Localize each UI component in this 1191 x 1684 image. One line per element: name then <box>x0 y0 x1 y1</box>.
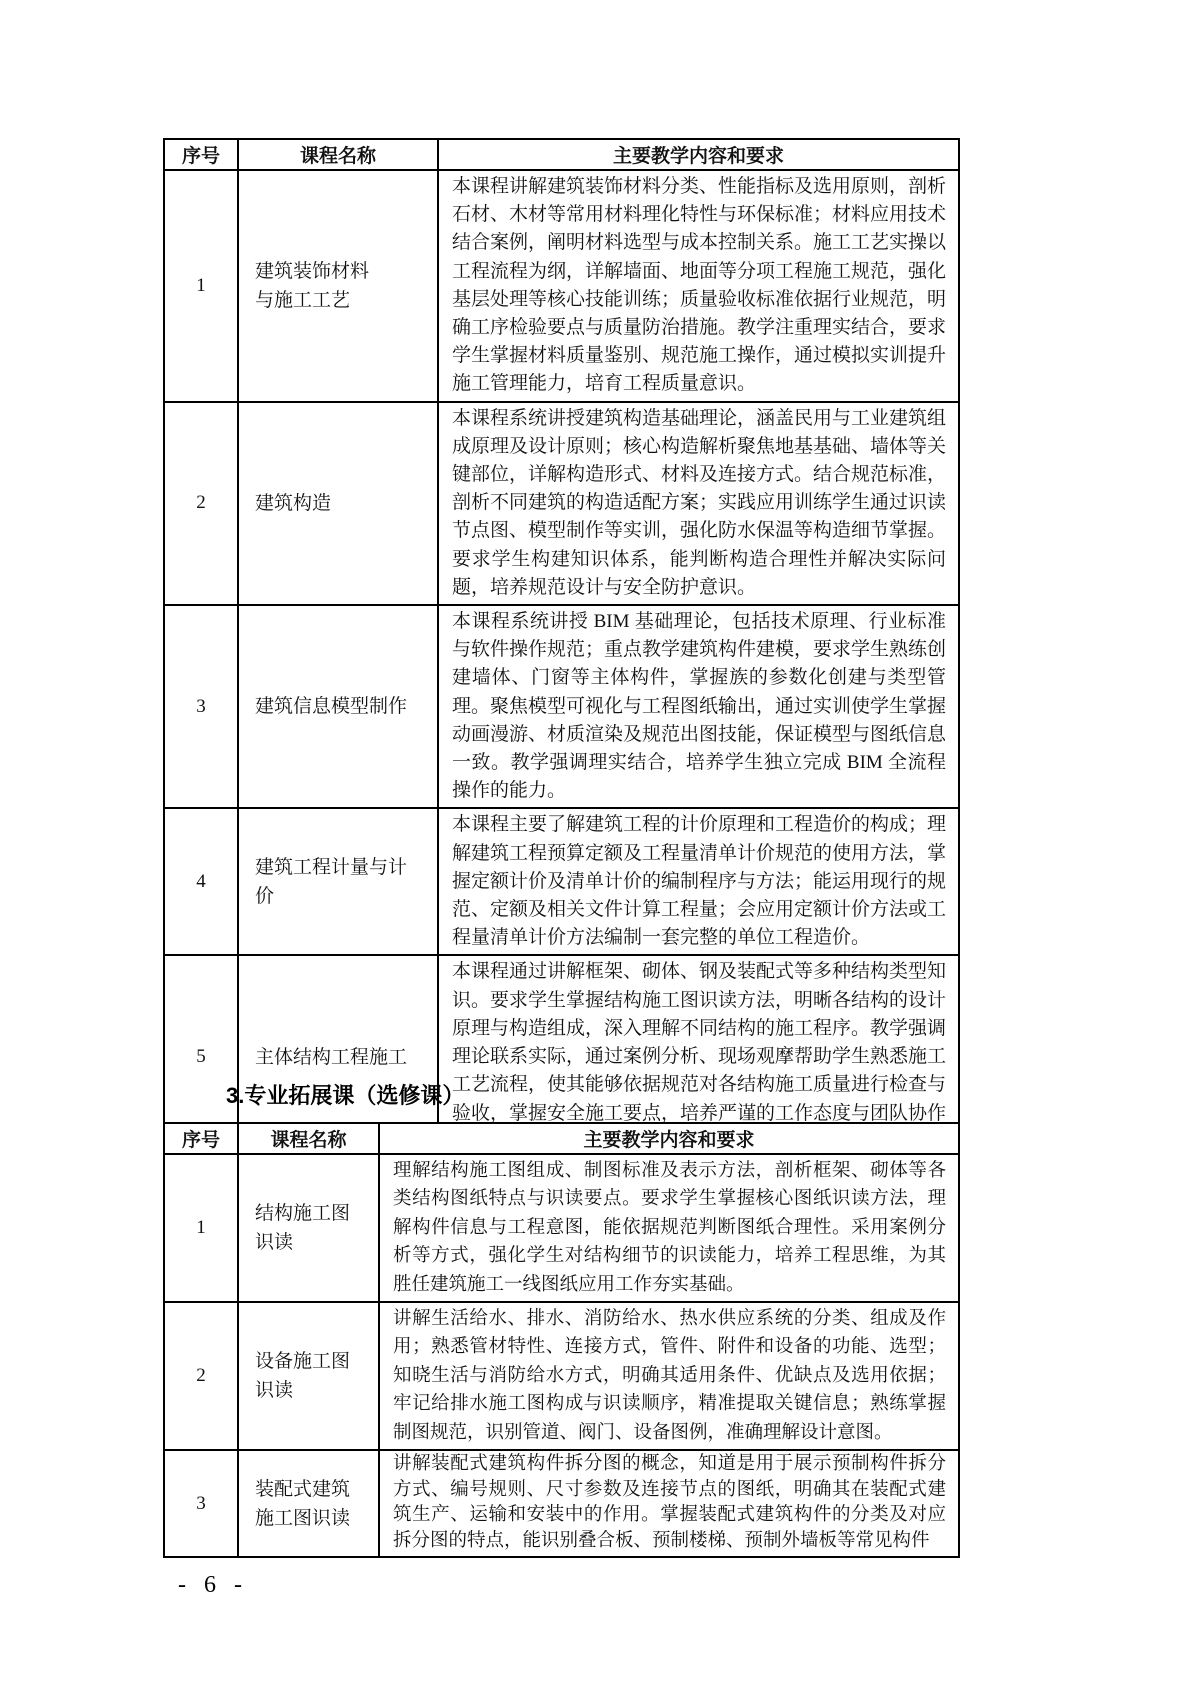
table-row: 1 建筑装饰材料 与施工工艺 本课程讲解建筑装饰材料分类、性能指标及选用原则，剖… <box>164 170 959 402</box>
course-name: 建筑信息模型制作 <box>238 605 438 808</box>
header-course-name: 课程名称 <box>238 1123 379 1154</box>
table-row: 2 设备施工图 识读 讲解生活给水、排水、消防给水、热水供应系统的分类、组成及作… <box>164 1302 959 1450</box>
table-row: 1 结构施工图 识读 理解结构施工图组成、制图标准及表示方法，剖析框架、砌体等各… <box>164 1154 959 1302</box>
course-content: 讲解生活给水、排水、消防给水、热水供应系统的分类、组成及作用；熟悉管材特性、连接… <box>379 1302 959 1450</box>
course-content: 讲解装配式建筑构件拆分图的概念，知道是用于展示预制构件拆分方式、编号规则、尺寸参… <box>379 1450 959 1557</box>
page-number: - 6 - <box>178 1572 248 1599</box>
course-name: 建筑工程计量与计 价 <box>238 808 438 955</box>
row-no: 1 <box>164 170 238 402</box>
row-no: 2 <box>164 402 238 605</box>
section-heading: 3.专业拓展课（选修课） <box>226 1083 464 1109</box>
table-row: 2 建筑构造 本课程系统讲授建筑构造基础理论，涵盖民用与工业建筑组成原理及设计原… <box>164 402 959 605</box>
header-no: 序号 <box>164 139 238 170</box>
course-content: 本课程主要了解建筑工程的计价原理和工程造价的构成；理解建筑工程预算定额及工程量清… <box>438 808 959 955</box>
course-name: 建筑装饰材料 与施工工艺 <box>238 170 438 402</box>
table-header-row: 序号 课程名称 主要教学内容和要求 <box>164 139 959 170</box>
table-row: 3 装配式建筑 施工图识读 讲解装配式建筑构件拆分图的概念，知道是用于展示预制构… <box>164 1450 959 1557</box>
row-no: 2 <box>164 1302 238 1450</box>
row-no: 1 <box>164 1154 238 1302</box>
course-content: 本课程讲解建筑装饰材料分类、性能指标及选用原则，剖析石材、木材等常用材料理化特性… <box>438 170 959 402</box>
row-no: 3 <box>164 605 238 808</box>
course-name: 结构施工图 识读 <box>238 1154 379 1302</box>
header-content: 主要教学内容和要求 <box>379 1123 959 1154</box>
table-header-row: 序号 课程名称 主要教学内容和要求 <box>164 1123 959 1154</box>
header-no: 序号 <box>164 1123 238 1154</box>
course-content: 本课程系统讲授 BIM 基础理论，包括技术原理、行业标准与软件操作规范；重点教学… <box>438 605 959 808</box>
table-row: 4 建筑工程计量与计 价 本课程主要了解建筑工程的计价原理和工程造价的构成；理解… <box>164 808 959 955</box>
document-page: 序号 课程名称 主要教学内容和要求 1 建筑装饰材料 与施工工艺 本课程讲解建筑… <box>0 0 1191 1684</box>
course-name: 设备施工图 识读 <box>238 1302 379 1450</box>
header-course-name: 课程名称 <box>238 139 438 170</box>
row-no: 3 <box>164 1450 238 1557</box>
header-content: 主要教学内容和要求 <box>438 139 959 170</box>
core-course-table: 序号 课程名称 主要教学内容和要求 1 建筑装饰材料 与施工工艺 本课程讲解建筑… <box>163 138 960 1160</box>
course-content: 本课程系统讲授建筑构造基础理论，涵盖民用与工业建筑组成原理及设计原则；核心构造解… <box>438 402 959 605</box>
course-name: 装配式建筑 施工图识读 <box>238 1450 379 1557</box>
elective-course-table: 序号 课程名称 主要教学内容和要求 1 结构施工图 识读 理解结构施工图组成、制… <box>163 1122 960 1558</box>
course-name: 建筑构造 <box>238 402 438 605</box>
table-row: 3 建筑信息模型制作 本课程系统讲授 BIM 基础理论，包括技术原理、行业标准与… <box>164 605 959 808</box>
row-no: 4 <box>164 808 238 955</box>
course-content: 理解结构施工图组成、制图标准及表示方法，剖析框架、砌体等各类结构图纸特点与识读要… <box>379 1154 959 1302</box>
